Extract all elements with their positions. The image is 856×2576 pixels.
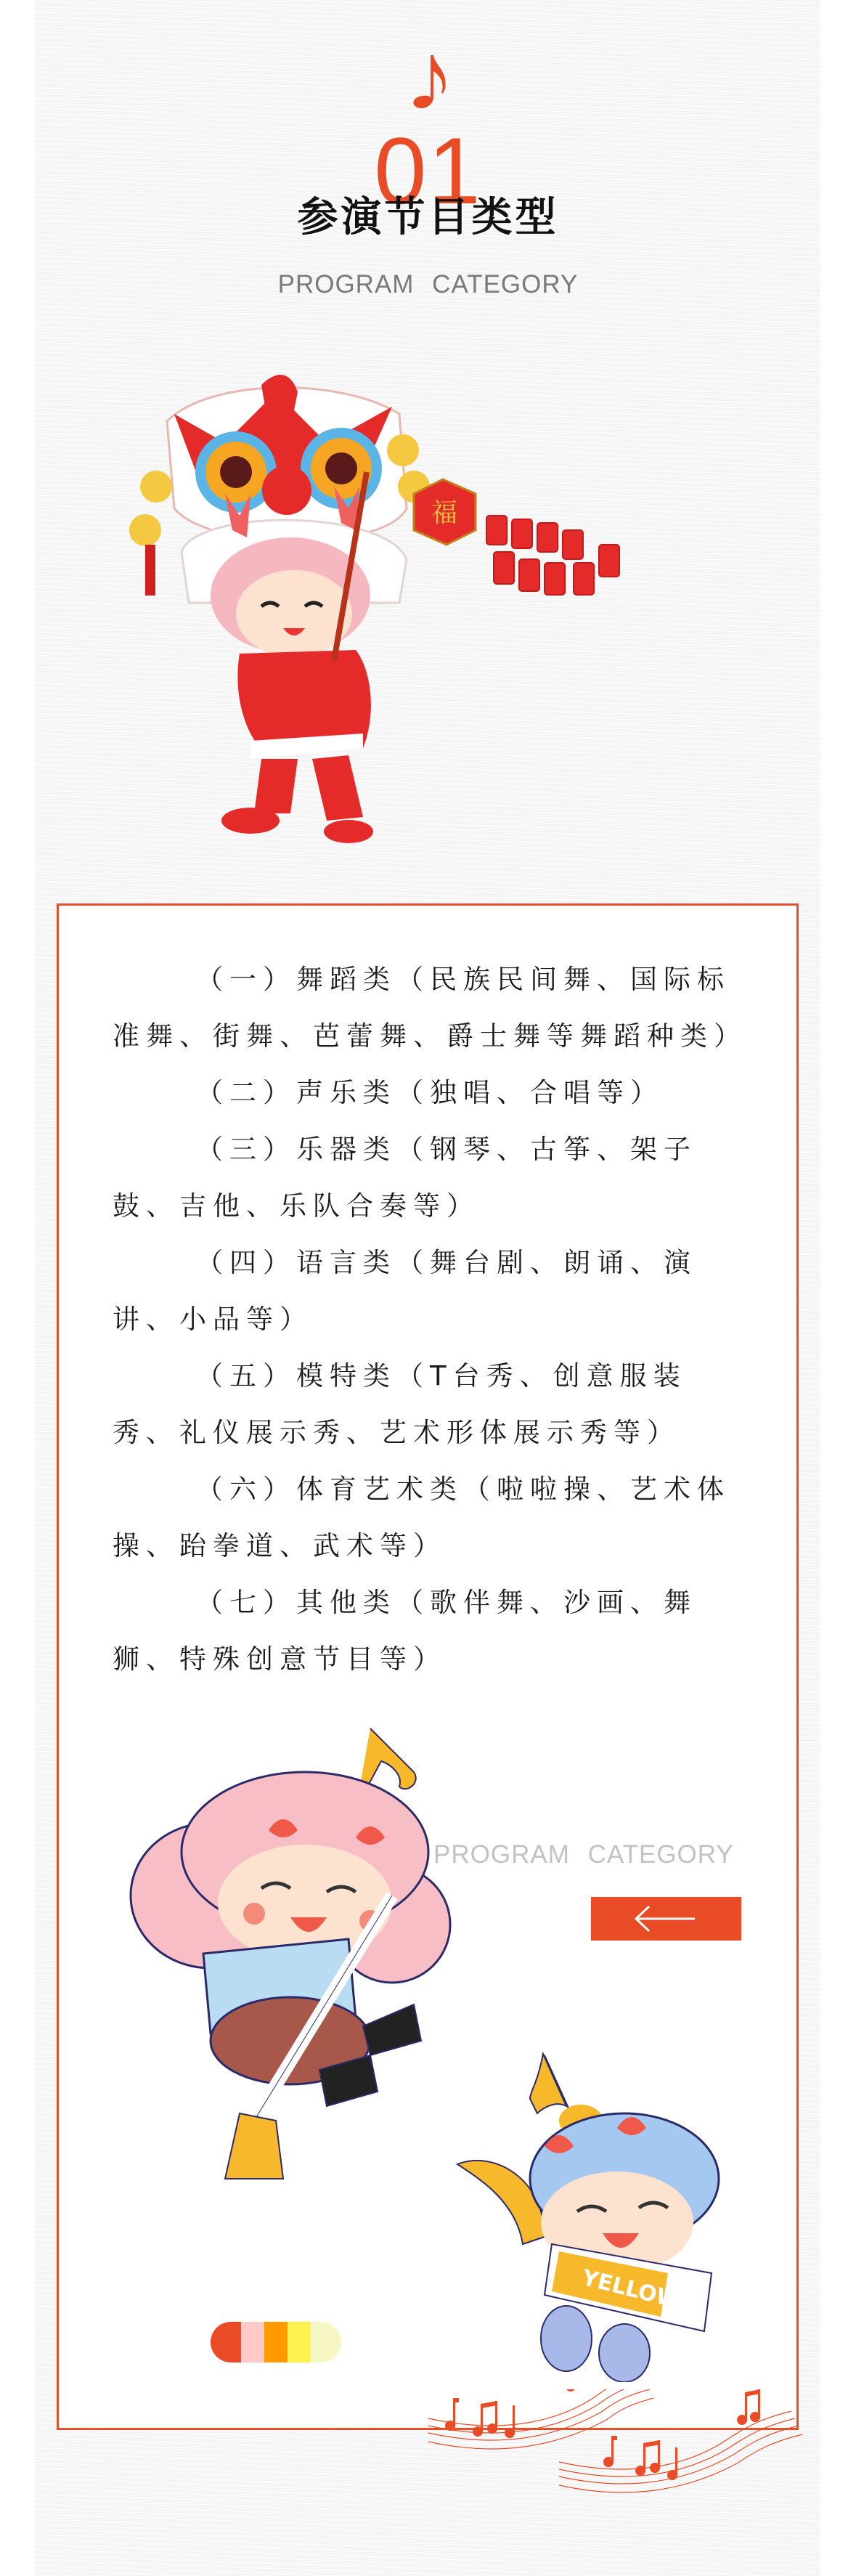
- palette-swatch-yellow: [288, 2322, 311, 2362]
- category-item: （三）乐器类（钢琴、古筝、架子鼓、吉他、乐队合奏等）: [113, 1121, 751, 1235]
- category-item: （一）舞蹈类（民族民间舞、国际标准舞、街舞、芭蕾舞、爵士舞等舞蹈种类）: [113, 951, 751, 1065]
- category-item: （七）其他类（歌伴舞、沙画、舞狮、特殊创意节目等）: [113, 1575, 751, 1688]
- category-item: （四）语言类（舞台剧、朗诵、演讲、小品等）: [113, 1235, 751, 1348]
- eighth-note-icon: [403, 52, 454, 110]
- palette-swatch-pink: [241, 2322, 264, 2362]
- page-subtitle: PROGRAM CATEGORY: [0, 270, 856, 299]
- back-arrow-button[interactable]: [591, 1897, 741, 1941]
- music-staff-decoration: [407, 2389, 813, 2506]
- boy-with-paint-tube-illustration: YELLOW: [436, 2033, 741, 2382]
- category-list: （一）舞蹈类（民族民间舞、国际标准舞、街舞、芭蕾舞、爵士舞等舞蹈种类） （二）声…: [113, 951, 751, 1688]
- svg-text:福: 福: [431, 498, 457, 528]
- palette-swatch-orange: [264, 2322, 288, 2362]
- lion-dance-girl-illustration: 福: [123, 363, 733, 871]
- arrow-left-icon: [591, 1897, 741, 1941]
- category-item: （二）声乐类（独唱、合唱等）: [113, 1065, 751, 1121]
- color-palette: [211, 2322, 341, 2362]
- category-item: （六）体育艺术类（啦啦操、艺术体操、跆拳道、武术等）: [113, 1461, 751, 1575]
- section-subtitle-secondary: PROGRAM CATEGORY: [433, 1840, 734, 1869]
- girl-with-paintbrush-illustration: [116, 1714, 465, 2193]
- category-item: （五）模特类（T台秀、创意服装秀、礼仪展示秀、艺术形体展示秀等）: [113, 1348, 751, 1461]
- page-title: 参演节目类型: [0, 195, 856, 241]
